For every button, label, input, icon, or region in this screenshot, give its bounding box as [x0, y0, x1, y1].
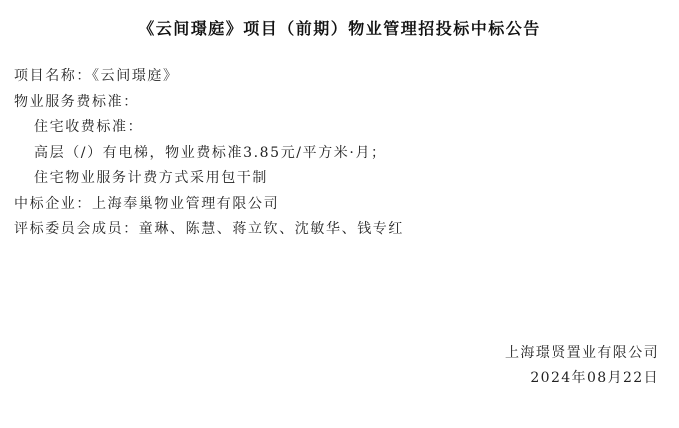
announcement-title: 《云间璟庭》项目（前期）物业管理招投标中标公告 [0, 16, 679, 39]
project-name-line: 项目名称：《云间璟庭》 [14, 64, 404, 90]
evaluation-committee-line: 评标委员会成员：童琳、陈慧、蒋立钦、沈敏华、钱专红 [14, 217, 404, 243]
issuer-name: 上海璟贤置业有限公司 [505, 341, 659, 366]
announcement-body: 项目名称：《云间璟庭》 物业服务费标准： 住宅收费标准： 高层（/）有电梯，物业… [14, 64, 404, 243]
issue-date: 2024年08月22日 [505, 366, 659, 391]
high-rise-fee-line: 高层（/）有电梯，物业费标准3.85元/平方米·月； [14, 141, 404, 167]
residential-fee-standard-heading: 住宅收费标准： [14, 115, 404, 141]
billing-method-line: 住宅物业服务计费方式采用包干制 [14, 166, 404, 192]
winning-company-line: 中标企业：上海奉巢物业管理有限公司 [14, 192, 404, 218]
announcement-footer: 上海璟贤置业有限公司 2024年08月22日 [505, 341, 659, 391]
service-fee-standard-heading: 物业服务费标准： [14, 90, 404, 116]
